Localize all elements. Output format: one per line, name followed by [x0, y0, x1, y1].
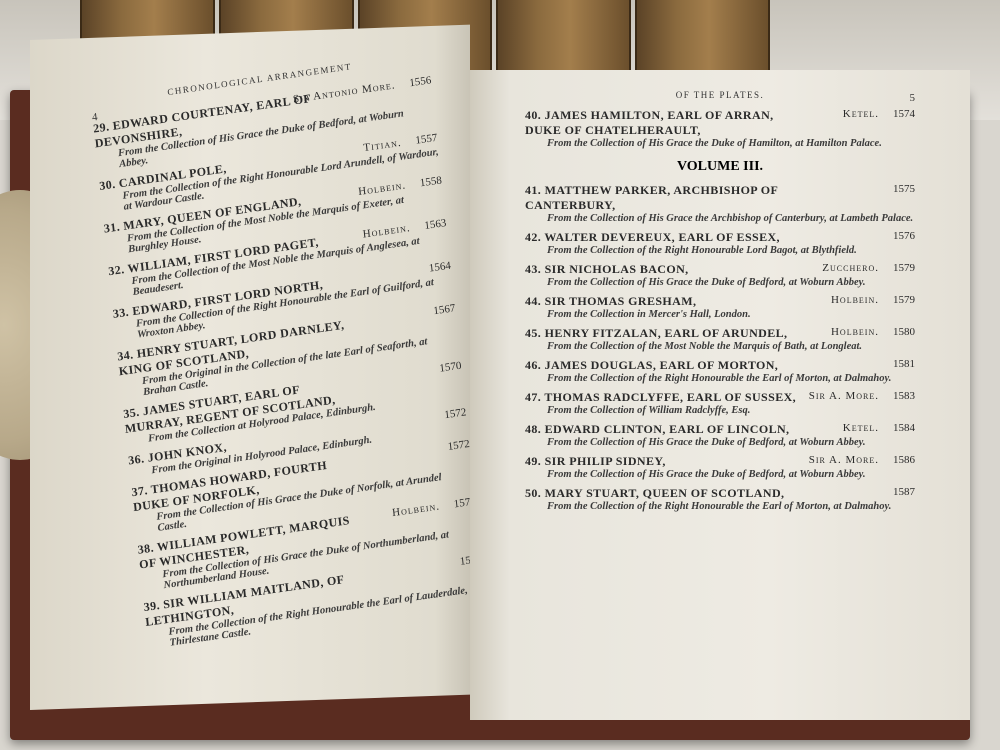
entry-meta: Holbein.1579 [831, 294, 915, 306]
list-item: 41. Matthew Parker, Archbishop of Canter… [525, 183, 915, 224]
entry-name: Sir Nicholas Bacon, [545, 262, 689, 276]
entry-number: 39. [143, 598, 161, 614]
entry-title: 41. Matthew Parker, Archbishop of Canter… [525, 183, 915, 213]
volume-heading: VOLUME III. [525, 159, 915, 175]
entry-year: 1575 [893, 183, 915, 195]
entry-number: 36. [128, 451, 146, 467]
entry-source: From the Collection of William Radclyffe… [525, 405, 915, 416]
list-item: 44. Sir Thomas Gresham,Holbein.1579From … [525, 294, 915, 320]
list-item: 49. Sir Philip Sidney,Sir A. More.1586Fr… [525, 454, 915, 480]
entry-name: James Douglas, Earl of Morton, [545, 358, 779, 372]
list-item: 43. Sir Nicholas Bacon,Zucchero.1579From… [525, 262, 915, 288]
entry-source: From the Collection of His Grace the Duk… [525, 138, 915, 149]
entry-artist [430, 411, 431, 423]
entry-year: 1579 [893, 262, 915, 274]
left-page: Chronological Arrangement 4 29. Edward C… [30, 25, 470, 710]
entry-year: 1586 [893, 454, 915, 466]
entry-year: 1576 [893, 230, 915, 242]
entry-number: 34. [117, 347, 135, 363]
list-item: 46. James Douglas, Earl of Morton,1581Fr… [525, 358, 915, 384]
page-number: 5 [910, 92, 916, 104]
entry-number: 37. [131, 483, 149, 499]
entry-title: 50. Mary Stuart, Queen of Scotland, [525, 486, 915, 501]
entry-number: 40. [525, 108, 541, 122]
entry-artist: Ketel. [843, 108, 879, 120]
entry-meta: 1581 [879, 358, 915, 370]
left-page-content: Chronological Arrangement 4 29. Edward C… [90, 51, 470, 658]
entry-source: From the Collection of the Right Honoura… [525, 501, 915, 512]
entry-number: 38. [137, 541, 155, 557]
entry-title: 42. Walter Devereux, Earl of Essex, [525, 230, 915, 245]
entry-source: From the Collection of His Grace the Arc… [525, 213, 915, 224]
entry-source: From the Collection of His Grace the Duk… [525, 437, 915, 448]
entry-meta: Sir A. More.1583 [809, 390, 915, 402]
list-item: 45. Henry Fitzalan, Earl of Arundel,Holb… [525, 326, 915, 352]
entry-number: 41. [525, 183, 541, 197]
entry-artist [414, 265, 415, 277]
entry-year: 1584 [893, 422, 915, 434]
entry-list: 40. James Hamilton, Earl of Arran, Duke … [525, 108, 915, 149]
right-page: of the Plates. 5 40. James Hamilton, Ear… [470, 70, 970, 720]
entry-name: Matthew Parker, Archbishop of Canterbury… [525, 183, 778, 212]
entry-name: Walter Devereux, Earl of Essex, [544, 230, 780, 244]
entry-name: Sir Thomas Gresham, [545, 294, 697, 308]
entry-number: 44. [525, 294, 541, 308]
list-item: 47. Thomas Radclyffe, Earl of Sussex,Sir… [525, 390, 915, 416]
entry-name: Thomas Radclyffe, Earl of Sussex, [544, 390, 796, 404]
entry-artist [419, 307, 420, 319]
entry-number: 49. [525, 454, 541, 468]
entry-artist [445, 558, 446, 570]
entry-meta: Holbein.1580 [831, 326, 915, 338]
list-item: 50. Mary Stuart, Queen of Scotland,1587F… [525, 486, 915, 512]
entry-number: 46. [525, 358, 541, 372]
list-item: 42. Walter Devereux, Earl of Essex,1576F… [525, 230, 915, 256]
entry-year: 1574 [893, 108, 915, 120]
entry-name: Sir Philip Sidney, [545, 454, 666, 468]
entry-name: Edward Clinton, Earl of Lincoln, [545, 422, 790, 436]
entry-number: 50. [525, 486, 541, 500]
entry-list: 41. Matthew Parker, Archbishop of Canter… [525, 183, 915, 512]
entry-number: 35. [123, 405, 141, 421]
entry-artist: Ketel. [843, 422, 879, 434]
entry-year: 1572 [453, 495, 470, 510]
entry-meta: Sir A. More.1586 [809, 454, 915, 466]
entry-name: Henry Fitzalan, Earl of Arundel, [545, 326, 788, 340]
entry-number: 42. [525, 230, 541, 244]
entry-number: 45. [525, 326, 541, 340]
entry-year: 1583 [893, 390, 915, 402]
entry-year: 1580 [893, 326, 915, 338]
entry-meta: Zucchero.1579 [822, 262, 915, 274]
list-item: 40. James Hamilton, Earl of Arran, Duke … [525, 108, 915, 149]
entry-artist: Sir A. More. [809, 454, 879, 466]
entry-number: 30. [99, 177, 117, 193]
entry-source: From the Collection of the Right Honoura… [525, 373, 915, 384]
entry-year: 1573 [459, 553, 470, 568]
entry-source: From the Collection of His Grace the Duk… [525, 469, 915, 480]
entry-artist: Holbein. [831, 294, 879, 306]
entry-name: Mary Stuart, Queen of Scotland, [545, 486, 785, 500]
entry-artist: Zucchero. [822, 262, 879, 274]
entry-source: From the Collection in Mercer's Hall, Lo… [525, 309, 915, 320]
entry-artist: Sir A. More. [809, 390, 879, 402]
entry-meta: 1587 [879, 486, 915, 498]
entry-meta: 1575 [879, 183, 915, 195]
entry-number: 33. [112, 305, 130, 321]
entry-year: 1581 [893, 358, 915, 370]
entry-source: From the Collection of the Right Honoura… [525, 245, 915, 256]
entry-number: 32. [108, 262, 126, 278]
entry-artist [433, 443, 434, 455]
entry-meta: Ketel.1584 [843, 422, 915, 434]
entry-artist: Holbein. [831, 326, 879, 338]
entry-year: 1579 [893, 294, 915, 306]
entry-number: 43. [525, 262, 541, 276]
entry-year: 1587 [893, 486, 915, 498]
entry-artist [425, 365, 426, 377]
entry-meta: 1576 [879, 230, 915, 242]
entry-name: James Hamilton, Earl of Arran, Duke of C… [525, 108, 774, 137]
entry-list: 29. Edward Courtenay, Earl of Devonshire… [93, 74, 470, 651]
entry-number: 29. [93, 119, 111, 135]
right-page-content: of the Plates. 5 40. James Hamilton, Ear… [525, 90, 915, 518]
entry-source: From the Collection of the Most Noble th… [525, 341, 915, 352]
list-item: 48. Edward Clinton, Earl of Lincoln,Kete… [525, 422, 915, 448]
entry-number: 47. [525, 390, 541, 404]
entry-meta: Ketel.1574 [843, 108, 915, 120]
entry-title: 46. James Douglas, Earl of Morton, [525, 358, 915, 373]
entry-number: 48. [525, 422, 541, 436]
entry-number: 31. [103, 220, 121, 236]
entry-source: From the Collection of His Grace the Duk… [525, 277, 915, 288]
running-head: of the Plates. [525, 90, 915, 100]
